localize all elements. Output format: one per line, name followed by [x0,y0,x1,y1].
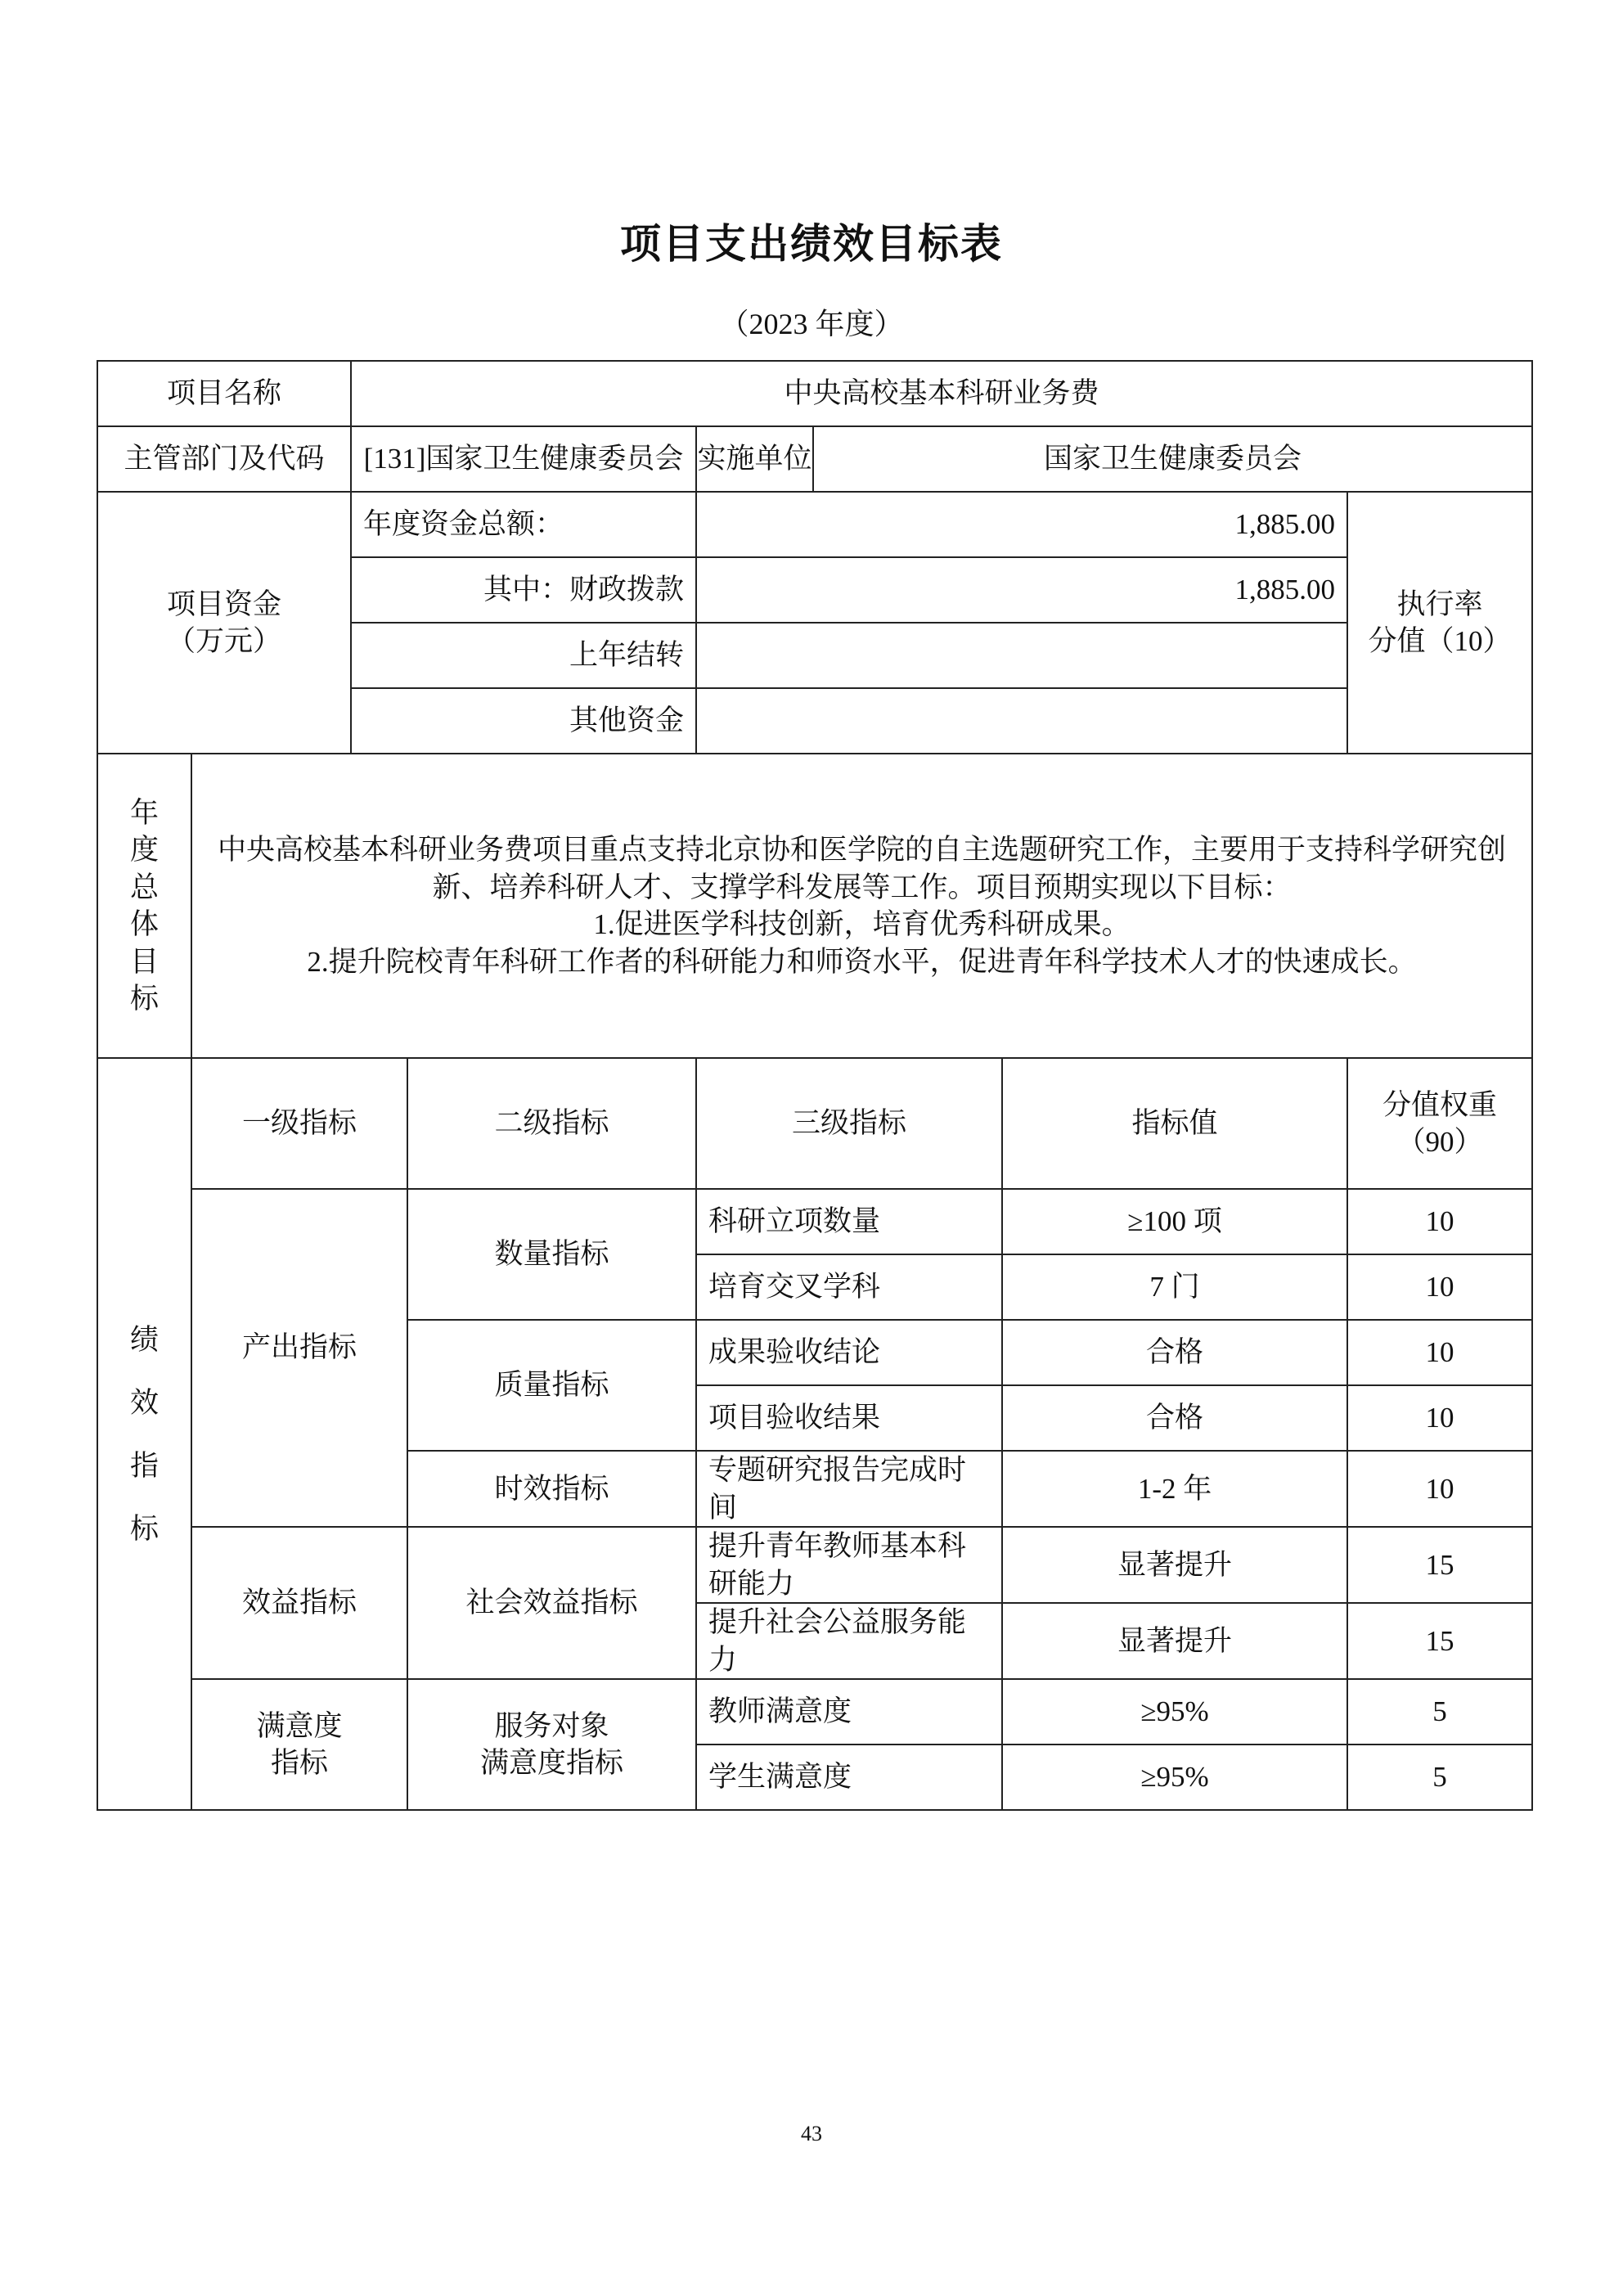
funds-other-label: 其他资金 [351,688,696,754]
level1-benefit: 效益指标 [191,1527,407,1679]
header-weight: 分值权重 （90） [1347,1058,1532,1189]
weight-cell: 5 [1347,1679,1532,1745]
header-weight-line1: 分值权重 [1360,1087,1520,1124]
value-cell: ≥95% [1002,1679,1347,1745]
level3-cell: 成果验收结论 [696,1320,1002,1385]
weight-cell: 10 [1347,1385,1532,1451]
level2-satisfaction-line2: 满意度指标 [420,1745,684,1782]
table-row: 产出指标 数量指标 科研立项数量 ≥100 项 10 [97,1189,1532,1254]
level3-cell: 学生满意度 [696,1745,1002,1810]
value-cell: 7 门 [1002,1254,1347,1320]
level1-satisfaction-line1: 满意度 [204,1708,395,1745]
annual-goal-text: 中央高校基本科研业务费项目重点支持北京协和医学院的自主选题研究工作，主要用于支持… [191,754,1532,1058]
weight-cell: 15 [1347,1527,1532,1603]
annual-goal-label: 年 度 总 体 目 标 [97,754,191,1058]
level2-satisfaction-line1: 服务对象 [420,1708,684,1745]
level3-cell: 科研立项数量 [696,1189,1002,1254]
weight-cell: 15 [1347,1603,1532,1679]
goal-item-2: 2.提升院校青年科研工作者的科研能力和师资水平，促进青年科学技术人才的快速成长。 [204,943,1520,981]
level3-cell: 提升社会公益服务能力 [696,1603,1002,1679]
funds-total-value: 1,885.00 [696,492,1347,557]
level2-quantity: 数量指标 [407,1189,696,1320]
annual-goal-char: 目 [98,943,191,981]
level2-service-satisfaction: 服务对象 满意度指标 [407,1679,696,1810]
impl-unit-value: 国家卫生健康委员会 [813,426,1532,492]
level3-cell: 教师满意度 [696,1679,1002,1745]
indicators-char: 效 [98,1371,191,1434]
value-cell: ≥95% [1002,1745,1347,1810]
performance-target-table: 项目名称 中央高校基本科研业务费 主管部门及代码 [131]国家卫生健康委员会 … [97,360,1533,1811]
funds-label-line1: 项目资金 [110,586,339,624]
dept-value: [131]国家卫生健康委员会 [351,426,696,492]
weight-cell: 10 [1347,1451,1532,1527]
level1-output: 产出指标 [191,1189,407,1527]
project-name-value: 中央高校基本科研业务费 [351,361,1532,426]
value-cell: ≥100 项 [1002,1189,1347,1254]
value-cell: 合格 [1002,1385,1347,1451]
annual-goal-char: 年 [98,795,191,832]
header-weight-line2: （90） [1360,1123,1520,1161]
header-value: 指标值 [1002,1058,1347,1189]
funds-fiscal-label: 其中：财政拨款 [351,557,696,623]
level1-satisfaction: 满意度 指标 [191,1679,407,1810]
funds-label-line2: （万元） [110,623,339,660]
project-name-label: 项目名称 [97,361,351,426]
header-level3: 三级指标 [696,1058,1002,1189]
goal-paragraph: 中央高校基本科研业务费项目重点支持北京协和医学院的自主选题研究工作，主要用于支持… [204,831,1520,906]
goal-item-1: 1.促进医学科技创新，培育优秀科研成果。 [204,906,1520,943]
weight-cell: 5 [1347,1745,1532,1810]
level3-cell: 专题研究报告完成时间 [696,1451,1002,1527]
exec-rate-line2: 分值（10） [1360,623,1520,660]
impl-unit-label: 实施单位 [696,426,813,492]
header-level1: 一级指标 [191,1058,407,1189]
level2-timeliness: 时效指标 [407,1451,696,1527]
weight-cell: 10 [1347,1189,1532,1254]
table-row: 满意度 指标 服务对象 满意度指标 教师满意度 ≥95% 5 [97,1679,1532,1745]
weight-cell: 10 [1347,1254,1532,1320]
annual-goal-char: 度 [98,831,191,869]
indicators-char: 指 [98,1434,191,1497]
year-subtitle: （2023 年度） [0,301,1623,343]
dept-label: 主管部门及代码 [97,426,351,492]
indicators-char: 绩 [98,1308,191,1371]
page-number: 43 [0,2122,1623,2146]
funds-carryover-label: 上年结转 [351,623,696,688]
level1-satisfaction-line2: 指标 [204,1745,395,1782]
value-cell: 1-2 年 [1002,1451,1347,1527]
exec-rate-label: 执行率 分值（10） [1347,492,1532,754]
level3-cell: 提升青年教师基本科研能力 [696,1527,1002,1603]
value-cell: 显著提升 [1002,1527,1347,1603]
level2-quality: 质量指标 [407,1320,696,1451]
funds-total-label: 年度资金总额： [351,492,696,557]
header-level2: 二级指标 [407,1058,696,1189]
indicators-char: 标 [98,1497,191,1560]
weight-cell: 10 [1347,1320,1532,1385]
level2-social-benefit: 社会效益指标 [407,1527,696,1679]
table-row: 效益指标 社会效益指标 提升青年教师基本科研能力 显著提升 15 [97,1527,1532,1603]
funds-fiscal-value: 1,885.00 [696,557,1347,623]
annual-goal-char: 体 [98,906,191,943]
funds-label: 项目资金 （万元） [97,492,351,754]
level3-cell: 培育交叉学科 [696,1254,1002,1320]
indicators-label: 绩 效 指 标 [97,1058,191,1810]
annual-goal-char: 总 [98,869,191,907]
exec-rate-line1: 执行率 [1360,586,1520,624]
funds-carryover-value [696,623,1347,688]
annual-goal-char: 标 [98,980,191,1018]
funds-other-value [696,688,1347,754]
value-cell: 合格 [1002,1320,1347,1385]
value-cell: 显著提升 [1002,1603,1347,1679]
level3-cell: 项目验收结果 [696,1385,1002,1451]
page-title: 项目支出绩效目标表 [0,211,1623,270]
